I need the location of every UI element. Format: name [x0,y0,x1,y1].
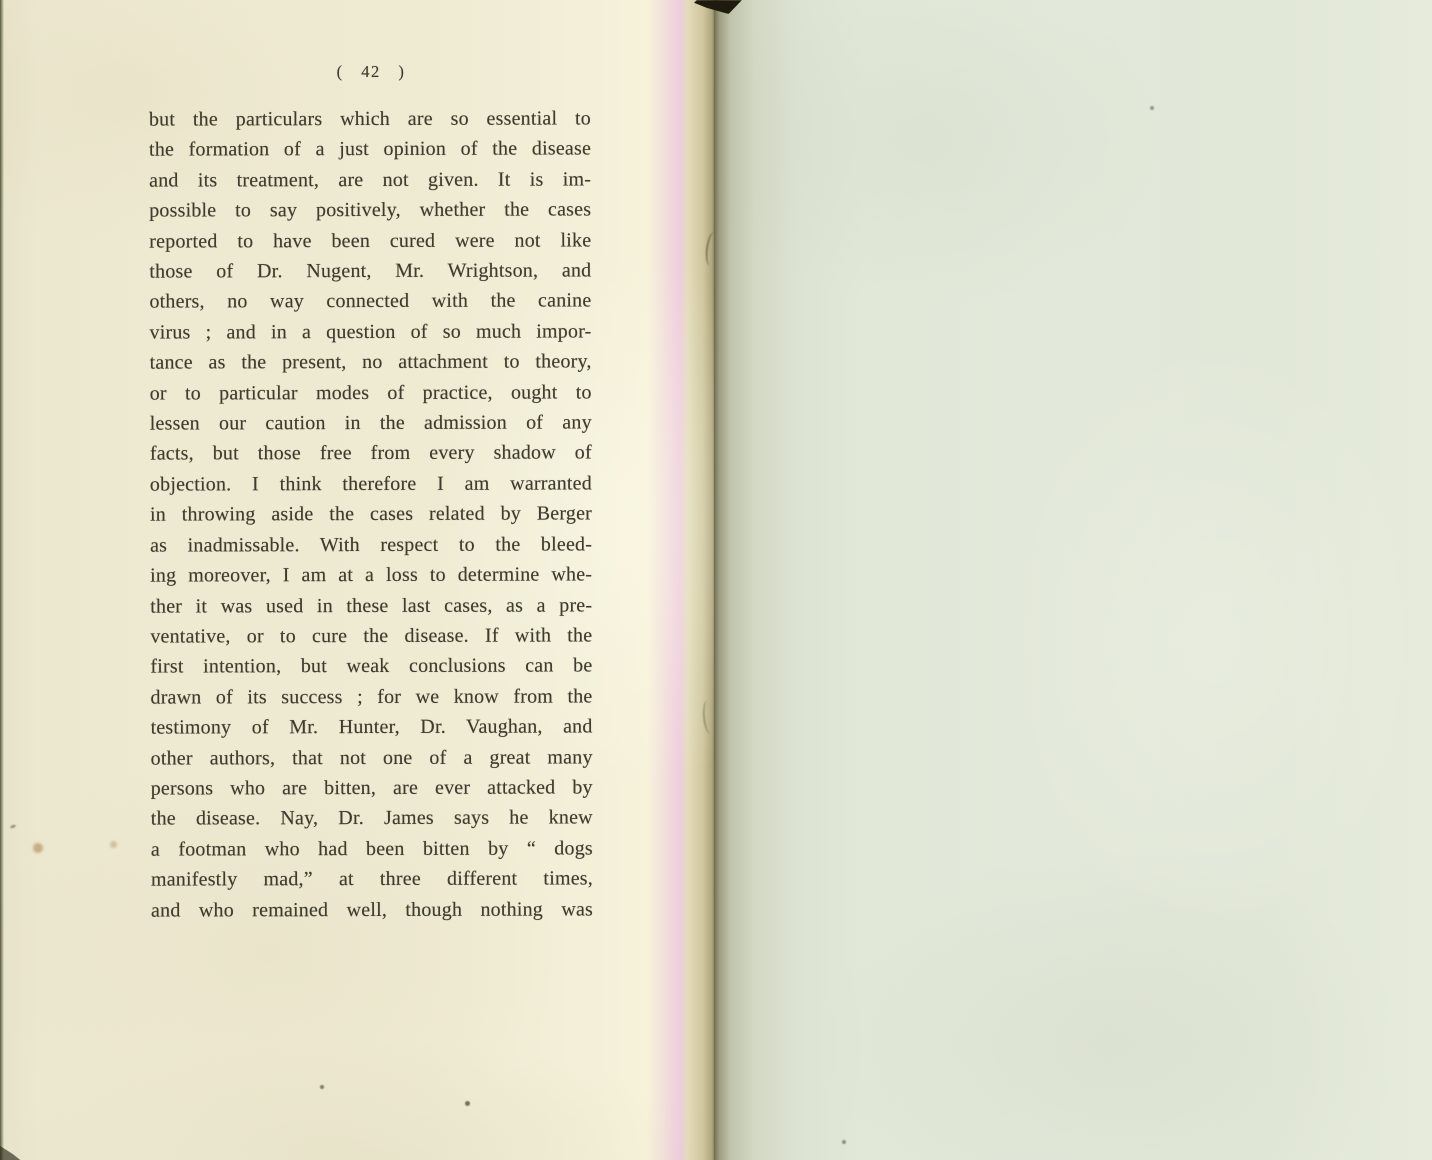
text-line: other authors, that not one of a great m… [151,742,593,774]
text-line: facts, but those free from every shadow … [150,438,592,470]
ink-speck [842,1140,846,1144]
text-line: and who remained well, though nothing wa… [151,894,593,926]
text-line: as inadmissable. With respect to the ble… [150,529,592,561]
text-line: others, no way connected with the canine [149,286,591,318]
text-line: reported to have been cured were not lik… [149,225,591,257]
text-line: a footman who had been bitten by “ dogs [151,833,593,865]
text-line: first intention, but weak conclusions ca… [150,651,592,683]
text-line: ther it was used in these last cases, as… [150,590,592,622]
text-line: persons who are bitten, are ever attacke… [151,772,593,804]
text-line: ing moreover, I am at a loss to determin… [150,560,592,592]
text-line: lessen our caution in the admission of a… [150,407,592,439]
page-edge-left [0,0,4,1160]
left-page-text: but the particulars which are so essenti… [149,103,593,925]
text-line: the formation of a just opinion of the d… [149,134,591,166]
text-line: in throwing aside the cases related by B… [150,499,592,531]
right-page: ( 43 ) ever done for them.* If the bleed… [714,0,1432,1160]
text-line: virus ; and in a question of so much imp… [149,316,591,348]
foxing-spot [110,841,117,848]
left-page-header: ( 42 ) [150,62,592,82]
ink-speck [465,1101,470,1106]
left-page: ( 42 ) but the particulars which are so … [0,0,714,1160]
text-line: the disease. Nay, Dr. James says he knew [151,803,593,835]
ink-speck [1150,106,1154,110]
text-line: ventative, or to cure the disease. If wi… [150,620,592,652]
foxing-spot [33,843,43,853]
text-line: those of Dr. Nugent, Mr. Wrightson, and [149,255,591,287]
text-line: possible to say positively, whether the … [149,195,591,227]
text-line: testimony of Mr. Hunter, Dr. Vaughan, an… [151,712,593,744]
text-line: but the particulars which are so essenti… [149,103,591,135]
text-line: objection. I think therefore I am warran… [150,468,592,500]
text-line: and its treatment, are not given. It is … [149,164,591,196]
book-scan: ( 42 ) but the particulars which are so … [0,0,1432,1160]
text-line: or to particular modes of practice, ough… [150,377,592,409]
text-line: drawn of its success ; for we know from … [150,681,592,713]
ink-speck [320,1085,324,1089]
paper-texture-right [714,0,1432,1160]
text-line: manifestly mad,” at three different time… [151,864,593,896]
text-line: tance as the present, no attachment to t… [150,347,592,379]
